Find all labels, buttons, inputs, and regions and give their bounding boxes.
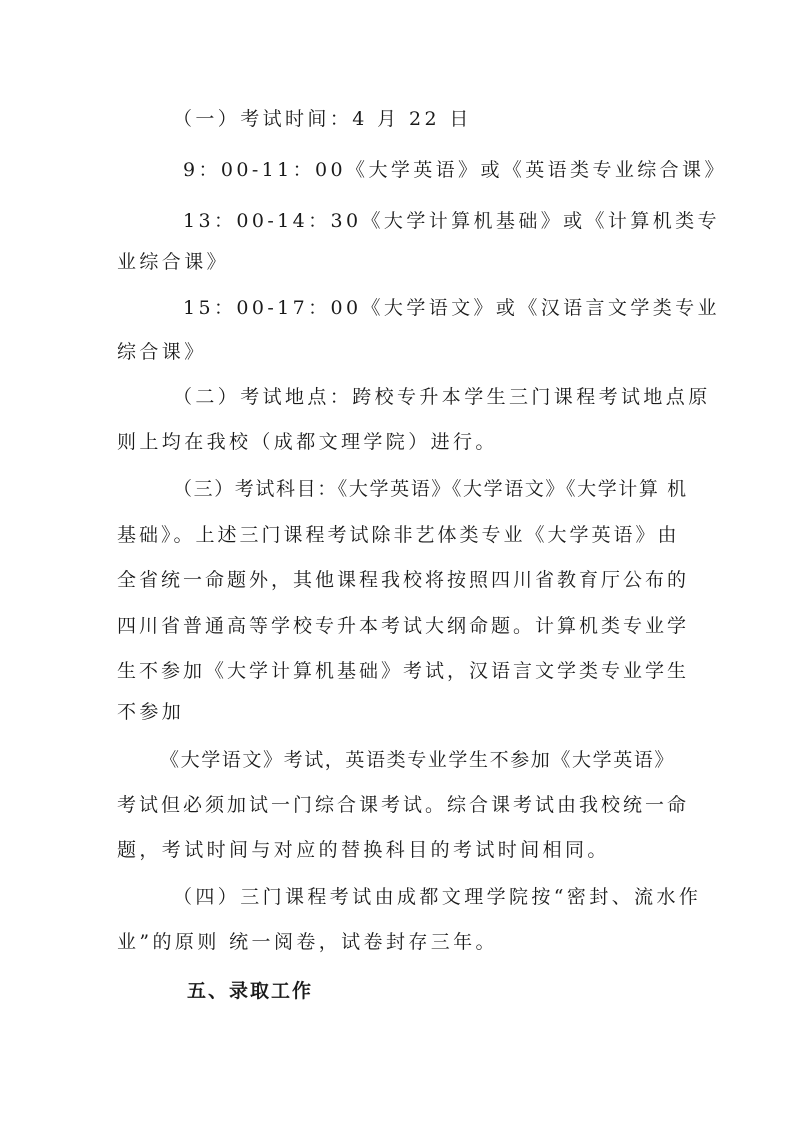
schedule-computer-line-2: 业综合课》 <box>117 250 229 274</box>
grading-line-2: 业”的原则 统一阅卷，试卷封存三年。 <box>117 930 498 954</box>
exam-location-line-2: 则上均在我校（成都文理学院）进行。 <box>117 430 498 454</box>
exam-subjects-line-8: 考试但必须加试一门综合课考试。综合课考试由我校统一命 <box>117 793 689 817</box>
exam-subjects-line-2: 基础》。上述三门课程考试除非艺体类专业《大学英语》由 <box>117 523 680 547</box>
schedule-computer-line-1: 13：00-14：30《大学计算机基础》或《计算机类专 <box>183 209 720 233</box>
exam-subjects-line-9: 题，考试时间与对应的替换科目的考试时间相同。 <box>117 838 610 862</box>
exam-subjects-line-4: 四川省普通高等学校专升本考试大纲命题。计算机类专业学 <box>117 614 689 638</box>
exam-time-heading: （一）考试时间：4 月 22 日 <box>173 107 472 131</box>
grading-line-1: （四）三门课程考试由成都文理学院按“密封、流水作 <box>173 885 701 909</box>
document-page: （一）考试时间：4 月 22 日 9：00-11：00《大学英语》或《英语类专业… <box>0 0 793 1122</box>
section-five-heading: 五、录取工作 <box>187 979 313 1003</box>
schedule-chinese-line-2: 综合课》 <box>117 340 207 364</box>
schedule-english-line: 9：00-11：00《大学英语》或《英语类专业综合课》 <box>183 158 727 182</box>
exam-subjects-line-1: （三）考试科目：《大学英语》《大学语文》《大学计算 机 <box>173 477 688 501</box>
exam-subjects-line-7: 《大学语文》考试，英语类专业学生不参加《大学英语》 <box>160 748 675 772</box>
exam-subjects-line-5: 生不参加《大学计算机基础》考试，汉语言文学类专业学生 <box>117 659 689 683</box>
schedule-chinese-line-1: 15：00-17：00《大学语文》或《汉语言文学类专业 <box>183 296 720 320</box>
exam-subjects-line-6: 不参加 <box>117 700 184 724</box>
exam-subjects-line-3: 全省统一命题外，其他课程我校将按照四川省教育厅公布的 <box>117 568 689 592</box>
exam-location-line-1: （二）考试地点：跨校专升本学生三门课程考试地点原 <box>173 385 711 409</box>
